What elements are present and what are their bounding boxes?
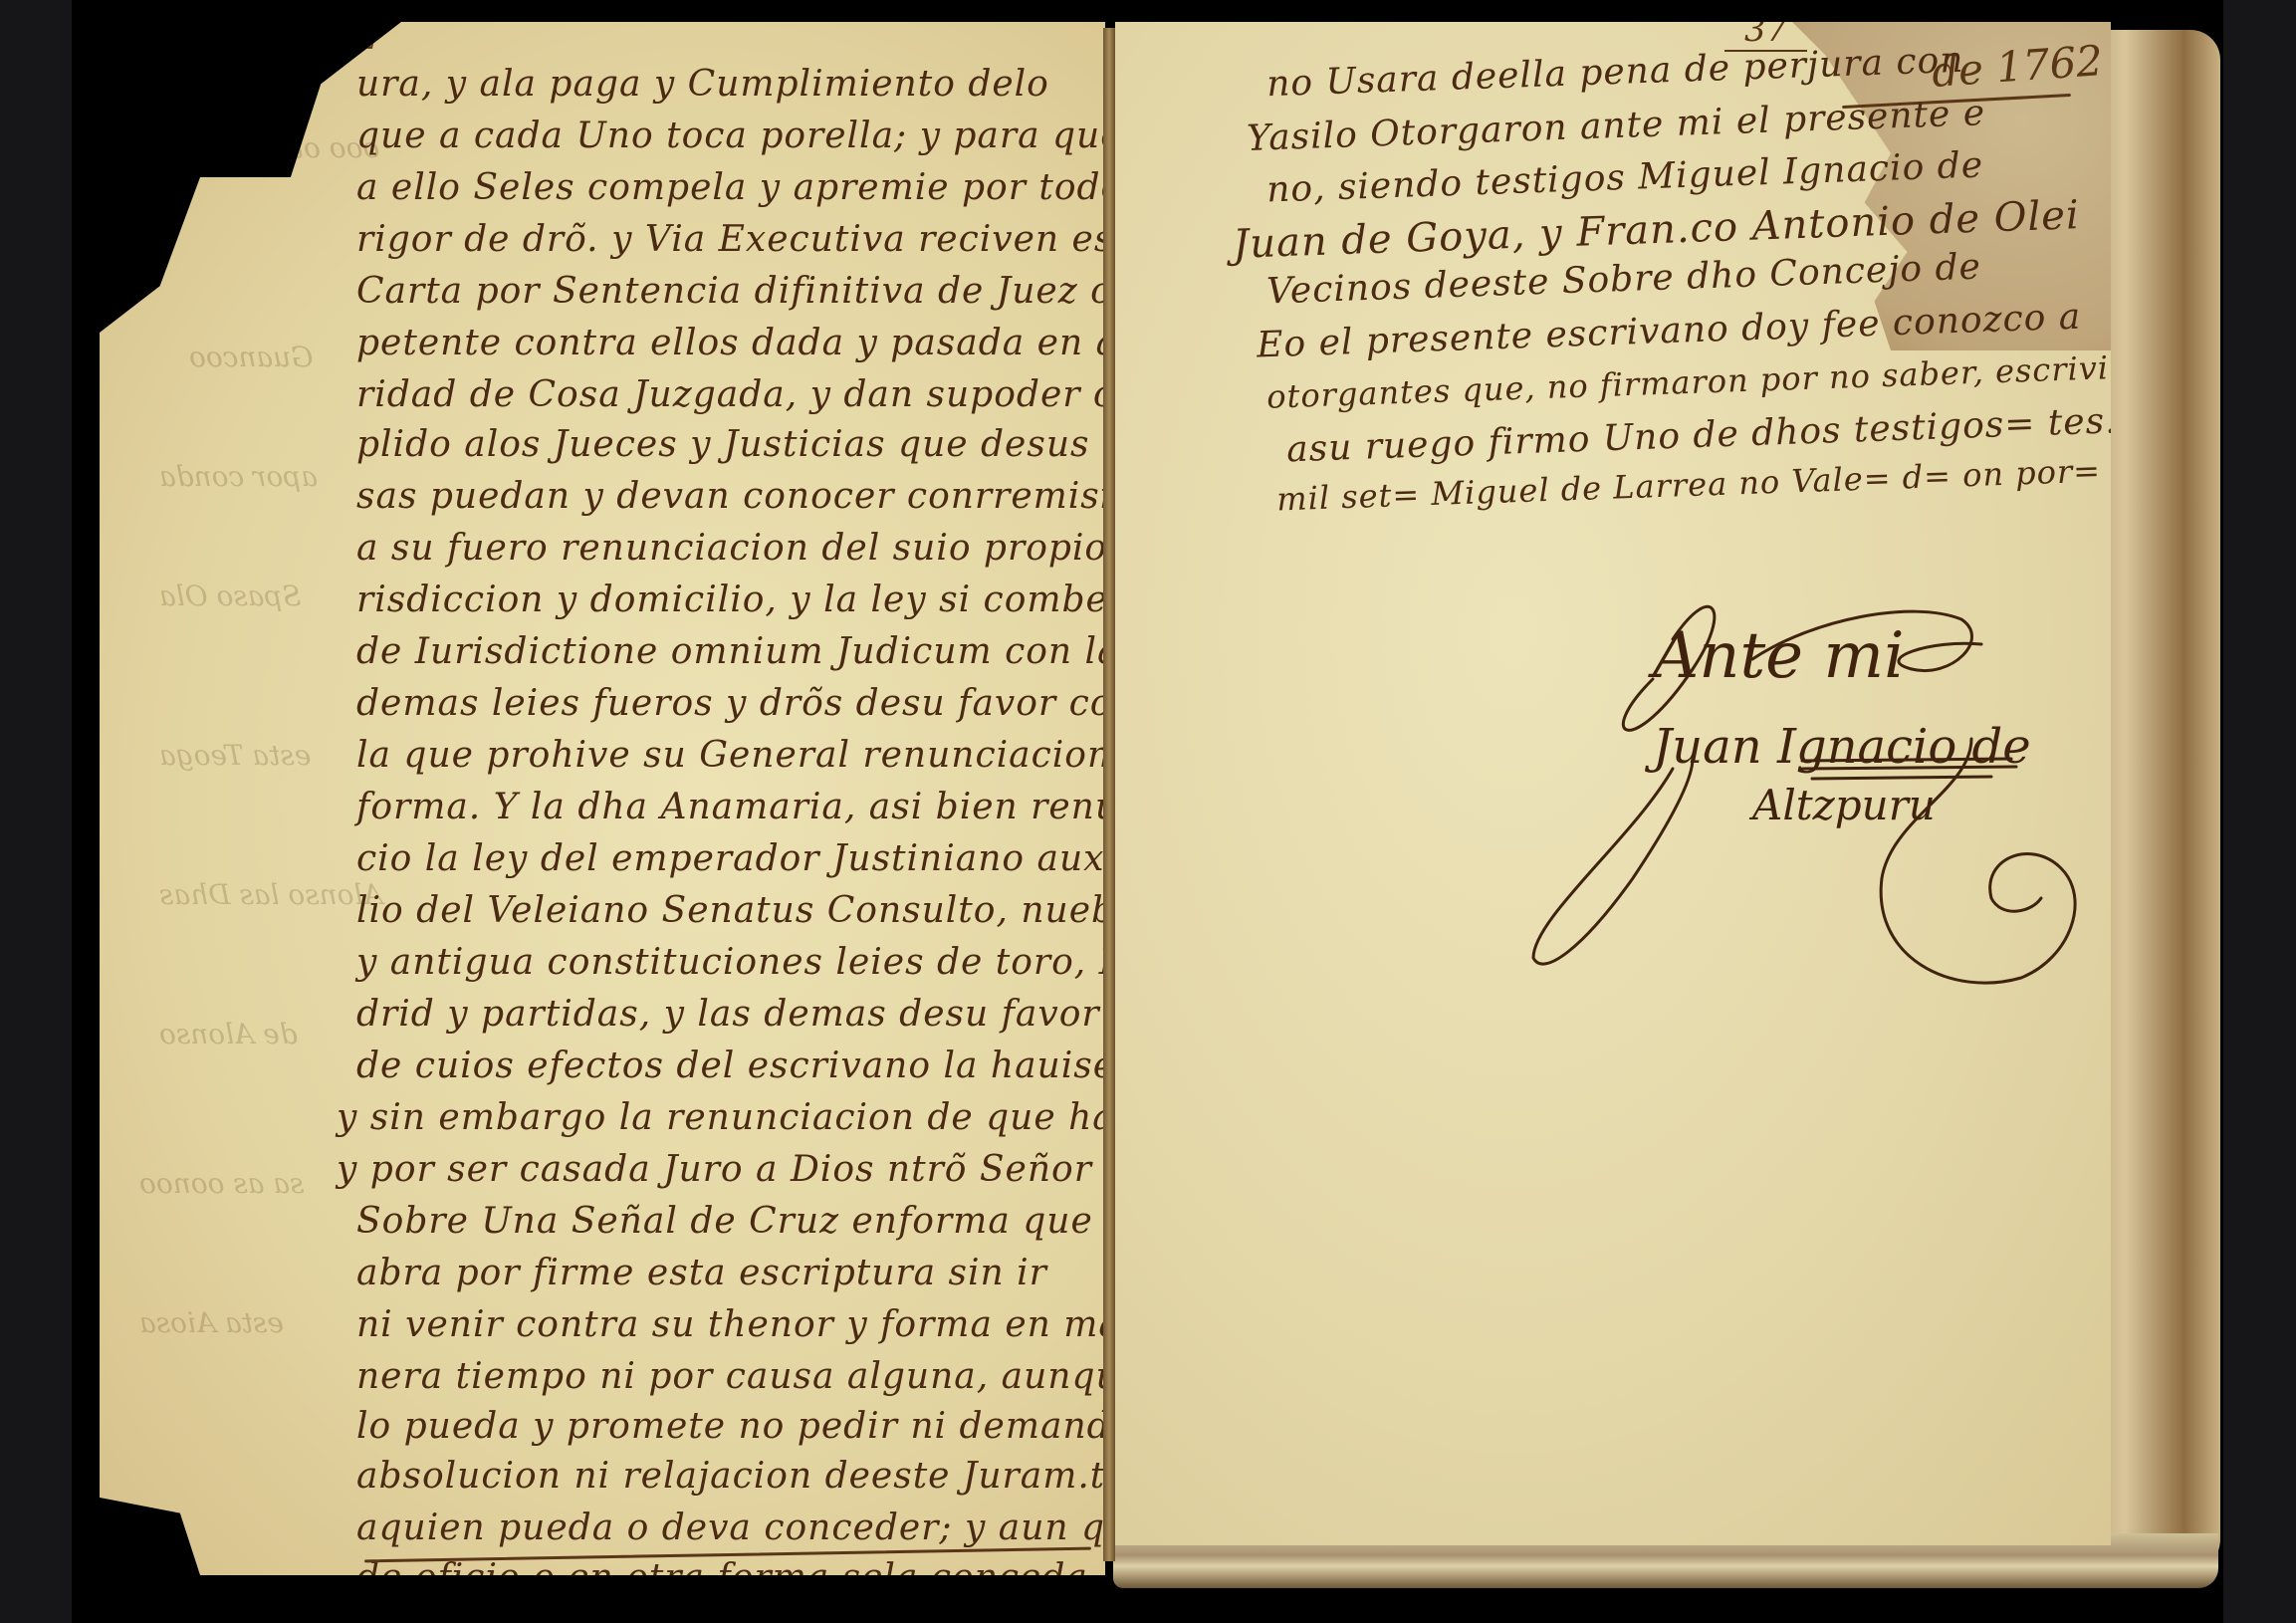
text-line: plido alos Jueces y Justicias que desus … bbox=[356, 424, 1105, 465]
text-line: la que prohive su General renunciacion e… bbox=[356, 735, 1105, 776]
text-line: lo pueda y promete no pedir ni demandar bbox=[356, 1406, 1105, 1447]
text-line: risdiccion y domicilio, y la ley si comb… bbox=[356, 580, 1105, 620]
bleed-through-text: Guancoo bbox=[189, 341, 314, 373]
bleed-through-text: de Alonso bbox=[159, 1018, 298, 1050]
bleed-through-text: Spaso Ola bbox=[159, 580, 302, 612]
text-line: ridad de Cosa Juzgada, y dan supoder cum… bbox=[356, 374, 1105, 415]
bleed-through-text: apor conda bbox=[159, 460, 318, 493]
text-line: a ello Seles compela y apremie por todo bbox=[356, 167, 1105, 208]
text-line: aquien pueda o deva conceder; y aun que bbox=[356, 1507, 1105, 1548]
text-line: abra por firme esta escriptura sin ir bbox=[356, 1253, 1047, 1293]
text-line: rigor de drõ. y Via Executiva reciven es… bbox=[356, 219, 1105, 260]
text-line: sas puedan y devan conocer conrremision bbox=[356, 476, 1105, 517]
bleed-through-text: Alonso las Dhas bbox=[159, 878, 383, 911]
text-line: ni venir contra su thenor y forma en ma- bbox=[356, 1304, 1105, 1345]
bleed-through-text: sa as oonoo bbox=[139, 1167, 304, 1200]
text-line: de cuios efectos del escrivano la hauise bbox=[356, 1045, 1105, 1086]
text-line: y antigua constituciones leies de toro, … bbox=[356, 942, 1105, 983]
book-gutter bbox=[1103, 28, 1115, 1561]
text-line: a su fuero renunciacion del suio propio … bbox=[356, 528, 1105, 569]
right-border-strip bbox=[2223, 0, 2296, 1623]
right-page: 37 de 1762 no Usara deella pena de perju… bbox=[1115, 22, 2111, 1545]
text-line: Sobre Una Señal de Cruz enforma que bbox=[356, 1201, 1093, 1242]
left-page: ooo otra qo Guancoo apor conda Spaso Ola… bbox=[100, 22, 1105, 1575]
text-line: y por ser casada Juro a Dios ntrõ Señor bbox=[337, 1149, 1092, 1190]
corner-mark: 2 bbox=[358, 22, 377, 57]
left-border-strip bbox=[0, 0, 72, 1623]
text-line: petente contra ellos dada y pasada en au… bbox=[356, 323, 1105, 363]
bleed-through-text: esta Aiosa bbox=[139, 1306, 284, 1339]
text-line: cio la ley del emperador Justiniano auxi… bbox=[356, 838, 1105, 879]
bleed-through-text: esta Teoga bbox=[159, 739, 311, 772]
text-line: lio del Veleiano Senatus Consulto, nueba bbox=[356, 890, 1105, 931]
text-line: forma. Y la dha Anamaria, asi bien renun… bbox=[356, 787, 1105, 827]
text-line: ura, y ala paga y Cumplimiento delo bbox=[356, 64, 1049, 105]
text-line: que a cada Uno toca porella; y para que bbox=[356, 116, 1105, 156]
text-line: y sin embargo la renunciacion de que hag… bbox=[337, 1097, 1105, 1138]
text-line: drid y partidas, y las demas desu favor bbox=[356, 994, 1100, 1035]
text-line: demas leies fueros y drõs desu favor con bbox=[356, 683, 1105, 724]
text-line: de Iurisdictione omnium Judicum con las bbox=[356, 631, 1105, 672]
text-line: Carta por Sentencia difinitiva de Juez c… bbox=[356, 271, 1105, 312]
text-line: nera tiempo ni por causa alguna, aunque bbox=[356, 1356, 1105, 1397]
text-line: absolucion ni relajacion deeste Juram.to bbox=[356, 1456, 1105, 1497]
signature-flourish-icon bbox=[1115, 22, 2111, 1117]
